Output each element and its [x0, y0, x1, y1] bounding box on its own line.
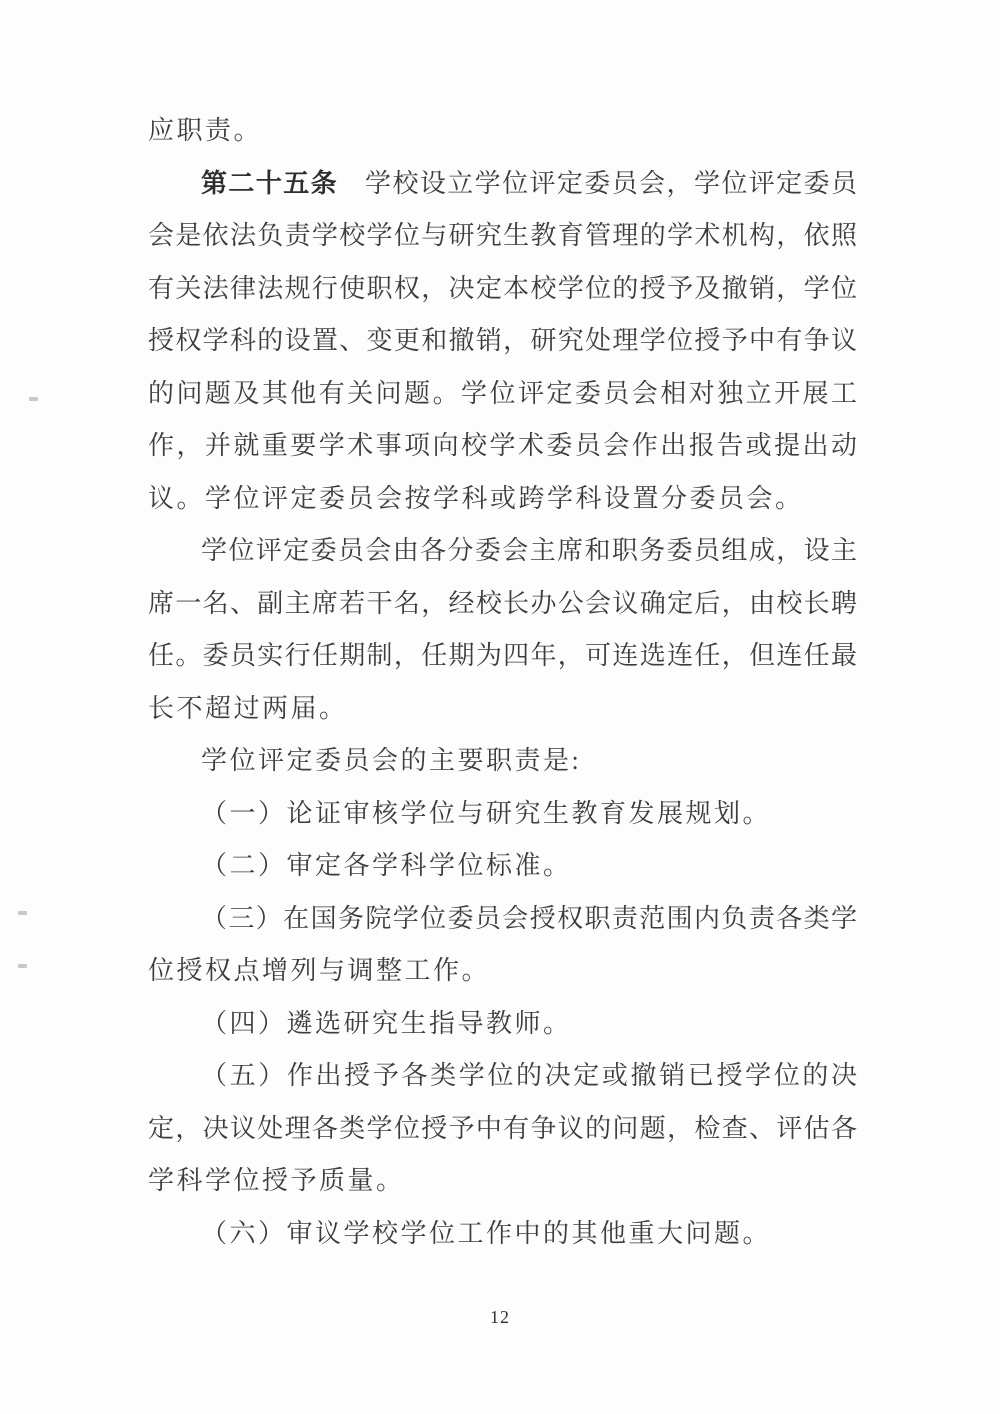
text-segment: （一）论证审核学位与研究生教育发展规划。	[201, 799, 771, 828]
text-line: 学位评定委员会的主要职责是:	[148, 735, 857, 788]
text-segment: 的问题及其他有关问题。学位评定委员会相对独立开展工	[148, 379, 857, 408]
article-number-heading: 第二十五条	[201, 169, 338, 198]
text-segment: 位授权点增列与调整工作。	[148, 956, 490, 985]
text-segment: 学位评定委员会的主要职责是:	[201, 746, 581, 775]
text-segment: 应职责。	[148, 116, 262, 145]
text-segment: 作，并就重要学术事项向校学术委员会作出报告或提出动	[148, 431, 857, 460]
text-segment: （五）作出授予各类学位的决定或撤销已授学位的决	[201, 1061, 857, 1090]
text-segment: （四）遴选研究生指导教师。	[201, 1009, 572, 1038]
scan-artifact-mark	[18, 964, 27, 968]
text-line: 定，决议处理各类学位授予中有争议的问题，检查、评估各	[148, 1103, 857, 1156]
text-line: 位授权点增列与调整工作。	[148, 945, 857, 998]
text-segment: 会是依法负责学校学位与研究生教育管理的学术机构，依照	[148, 221, 857, 250]
text-line: 长不超过两届。	[148, 683, 857, 736]
text-segment: 有关法律法规行使职权，决定本校学位的授予及撤销，学位	[148, 274, 857, 303]
text-line: 议。学位评定委员会按学科或跨学科设置分委员会。	[148, 473, 857, 526]
text-line: 学科学位授予质量。	[148, 1155, 857, 1208]
text-line: 学位评定委员会由各分委会主席和职务委员组成，设主	[148, 525, 857, 578]
scan-artifact-mark	[29, 397, 38, 401]
text-line: （五）作出授予各类学位的决定或撤销已授学位的决	[148, 1050, 857, 1103]
text-line: （六）审议学校学位工作中的其他重大问题。	[148, 1208, 857, 1261]
text-segment: 席一名、副主席若干名，经校长办公会议确定后，由校长聘	[148, 589, 857, 618]
text-line: 任。委员实行任期制，任期为四年，可连选连任，但连任最	[148, 630, 857, 683]
text-line: （三）在国务院学位委员会授权职责范围内负责各类学	[148, 893, 857, 946]
text-line: 作，并就重要学术事项向校学术委员会作出报告或提出动	[148, 420, 857, 473]
text-line: （一）论证审核学位与研究生教育发展规划。	[148, 788, 857, 841]
text-segment: 定，决议处理各类学位授予中有争议的问题，检查、评估各	[148, 1114, 857, 1143]
text-line: 的问题及其他有关问题。学位评定委员会相对独立开展工	[148, 368, 857, 421]
text-segment: （二）审定各学科学位标准。	[201, 851, 572, 880]
text-segment: 学位评定委员会由各分委会主席和职务委员组成，设主	[201, 536, 857, 565]
text-line: 有关法律法规行使职权，决定本校学位的授予及撤销，学位	[148, 263, 857, 316]
text-segment: （六）审议学校学位工作中的其他重大问题。	[201, 1219, 771, 1248]
text-segment: 任。委员实行任期制，任期为四年，可连选连任，但连任最	[148, 641, 857, 670]
text-segment: 议。学位评定委员会按学科或跨学科设置分委员会。	[148, 484, 804, 513]
text-line: 授权学科的设置、变更和撤销，研究处理学位授予中有争议	[148, 315, 857, 368]
text-line: 会是依法负责学校学位与研究生教育管理的学术机构，依照	[148, 210, 857, 263]
text-segment: 授权学科的设置、变更和撤销，研究处理学位授予中有争议	[148, 326, 857, 355]
scan-artifact-mark	[18, 911, 27, 915]
text-line: 席一名、副主席若干名，经校长办公会议确定后，由校长聘	[148, 578, 857, 631]
scanned-document-page: 应职责。第二十五条学校设立学位评定委员会，学位评定委员会是依法负责学校学位与研究…	[0, 0, 1000, 1414]
page-number: 12	[0, 1303, 1000, 1331]
text-segment: 学科学位授予质量。	[148, 1166, 405, 1195]
text-line: 第二十五条学校设立学位评定委员会，学位评定委员	[148, 158, 857, 211]
text-segment: 长不超过两届。	[148, 694, 348, 723]
text-segment: 学校设立学位评定委员会，学位评定委员	[365, 169, 857, 198]
text-segment: （三）在国务院学位委员会授权职责范围内负责各类学	[201, 904, 857, 933]
text-line: （二）审定各学科学位标准。	[148, 840, 857, 893]
text-line: （四）遴选研究生指导教师。	[148, 998, 857, 1051]
document-lines: 应职责。第二十五条学校设立学位评定委员会，学位评定委员会是依法负责学校学位与研究…	[148, 105, 857, 1260]
text-line: 应职责。	[148, 105, 857, 158]
